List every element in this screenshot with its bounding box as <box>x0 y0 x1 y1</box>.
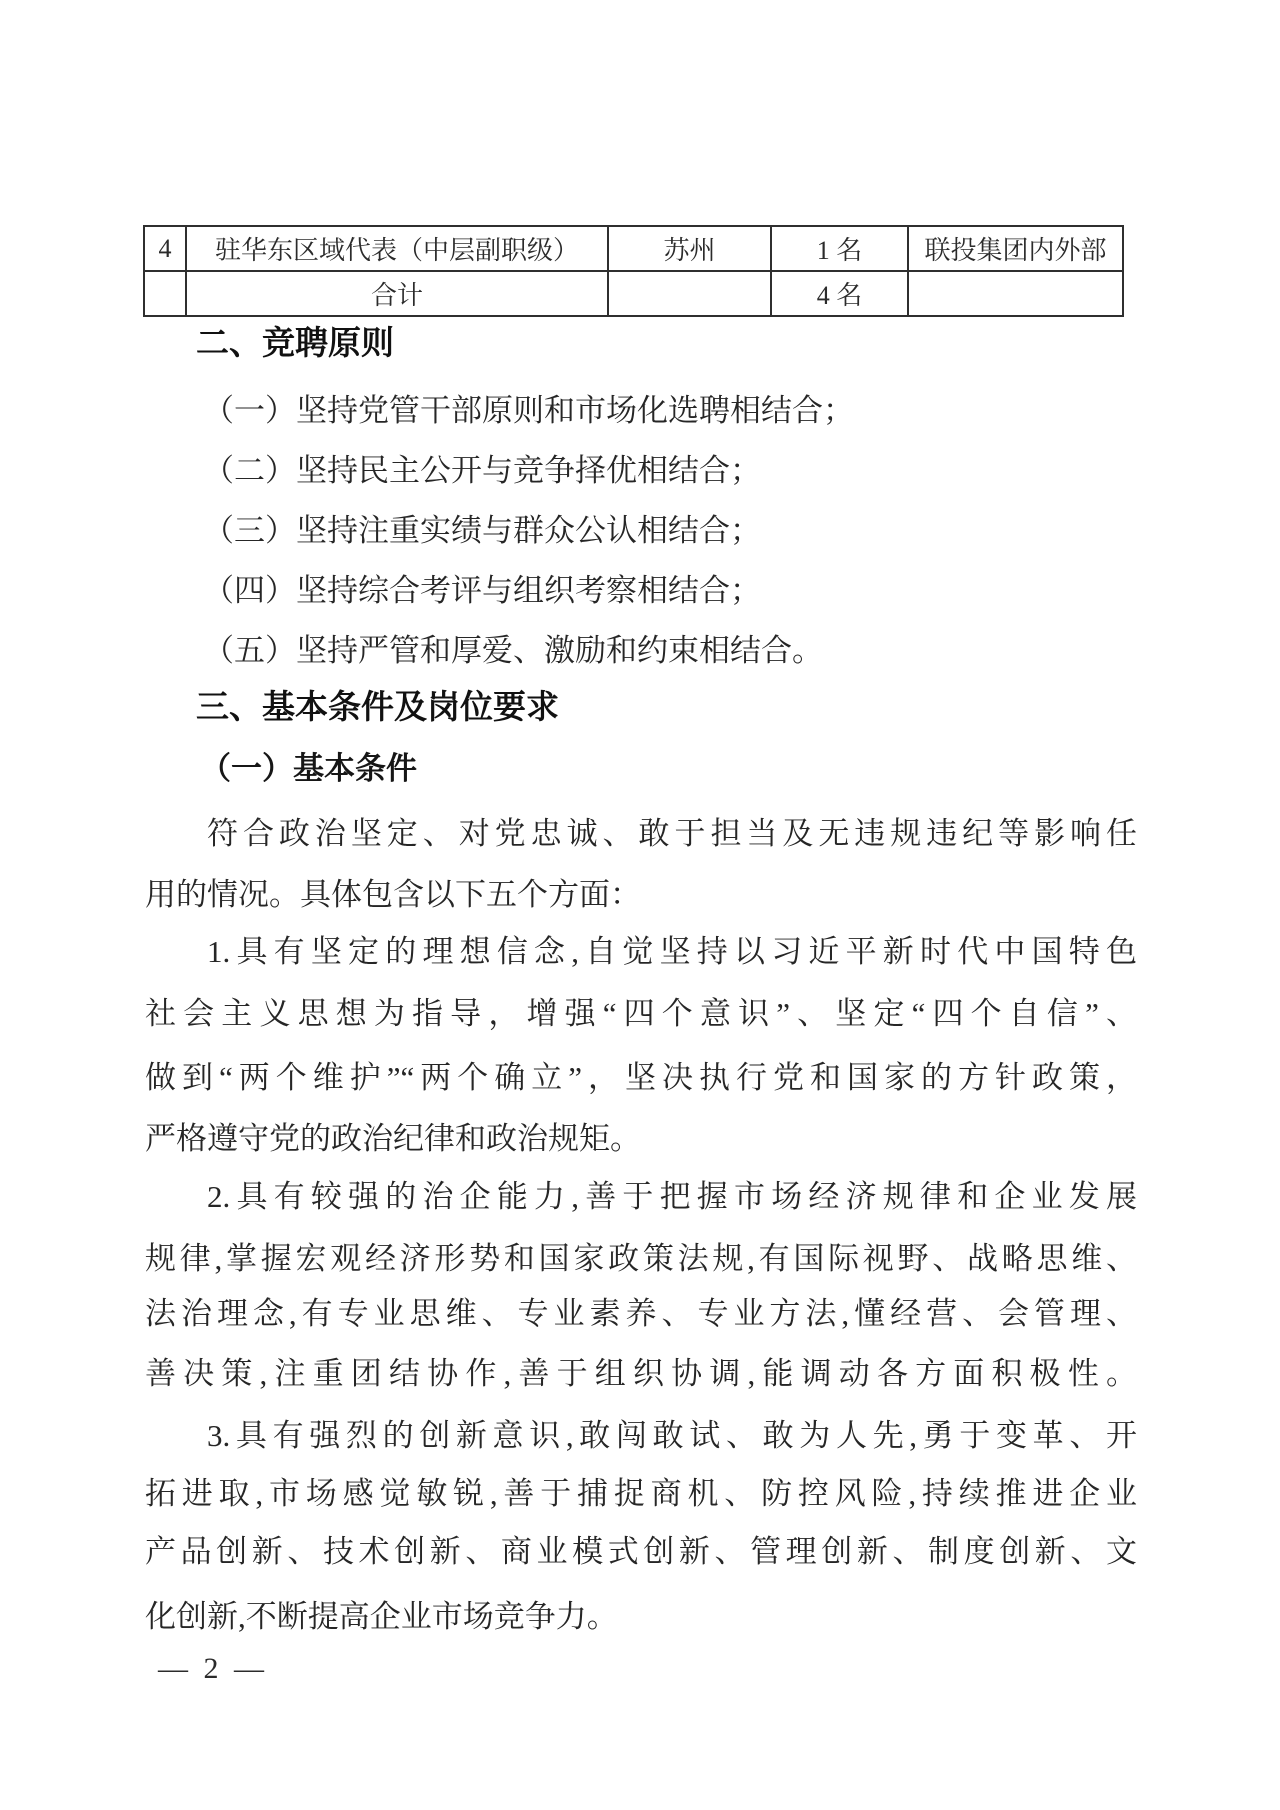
principle-item-3: （三）坚持注重实绩与群众公认相结合； <box>145 509 1195 553</box>
intro-line: 符合政治坚定、对党忠诚、敢于担当及无违规违纪等影响任 <box>145 812 1137 856</box>
paragraph2-line: 法治理念,有专业思维、专业素养、专业方法,懂经营、会管理、 <box>145 1292 1137 1336</box>
principle-item-4: （四）坚持综合考评与组织考察相结合； <box>145 569 1195 613</box>
page-number: — 2 — <box>158 1652 268 1686</box>
paragraph1-line: 做到“两个维护”“两个确立”，坚决执行党和国家的方针政策， <box>145 1056 1137 1100</box>
table-row: 4 驻华东区域代表（中层副职级） 苏州 1 名 联投集团内外部 <box>144 226 1123 271</box>
cell-row-number: 4 <box>144 226 186 271</box>
cell-location: 苏州 <box>608 226 771 271</box>
paragraph1-line: 社会主义思想为指导，增强“四个意识”、坚定“四个自信”、 <box>145 992 1137 1036</box>
cell-source <box>908 271 1123 316</box>
paragraph3-line: 3.具有强烈的创新意识,敢闯敢试、敢为人先,勇于变革、开 <box>145 1414 1137 1458</box>
subsection-heading-basic-conditions: （一）基本条件 <box>200 748 417 790</box>
principle-item-2: （二）坚持民主公开与竞争择优相结合； <box>145 449 1195 493</box>
section-heading-principles: 二、竞聘原则 <box>196 322 394 364</box>
cell-position-title: 驻华东区域代表（中层副职级） <box>186 226 608 271</box>
paragraph2-line: 善决策,注重团结协作,善于组织协调,能调动各方面积极性。 <box>145 1352 1137 1396</box>
cell-row-number <box>144 271 186 316</box>
section-heading-requirements: 三、基本条件及岗位要求 <box>196 686 559 728</box>
paragraph1-line: 严格遵守党的政治纪律和政治规矩。 <box>145 1117 1137 1161</box>
table-row-total: 合计 4 名 <box>144 271 1123 316</box>
paragraph2-line: 2.具有较强的治企能力,善于把握市场经济规律和企业发展 <box>145 1175 1137 1219</box>
cell-headcount: 1 名 <box>771 226 908 271</box>
paragraph2-line: 规律,掌握宏观经济形势和国家政策法规,有国际视野、战略思维、 <box>145 1237 1137 1281</box>
cell-total-label: 合计 <box>186 271 608 316</box>
paragraph1-line: 1.具有坚定的理想信念,自觉坚持以习近平新时代中国特色 <box>145 930 1137 974</box>
paragraph3-line: 化创新,不断提高企业市场竞争力。 <box>145 1595 1137 1639</box>
intro-line: 用的情况。具体包含以下五个方面： <box>145 873 1137 917</box>
cell-location <box>608 271 771 316</box>
paragraph3-line: 拓进取,市场感觉敏锐,善于捕捉商机、防控风险,持续推进企业 <box>145 1472 1137 1516</box>
principle-item-5: （五）坚持严管和厚爱、激励和约束相结合。 <box>145 629 1195 673</box>
principle-item-1: （一）坚持党管干部原则和市场化选聘相结合； <box>145 389 1195 433</box>
paragraph3-line: 产品创新、技术创新、商业模式创新、管理创新、制度创新、文 <box>145 1530 1137 1574</box>
cell-total-count: 4 名 <box>771 271 908 316</box>
document-page: 4 驻华东区域代表（中层副职级） 苏州 1 名 联投集团内外部 合计 4 名 二… <box>0 0 1280 1810</box>
positions-table: 4 驻华东区域代表（中层副职级） 苏州 1 名 联投集团内外部 合计 4 名 <box>143 225 1124 317</box>
cell-source: 联投集团内外部 <box>908 226 1123 271</box>
